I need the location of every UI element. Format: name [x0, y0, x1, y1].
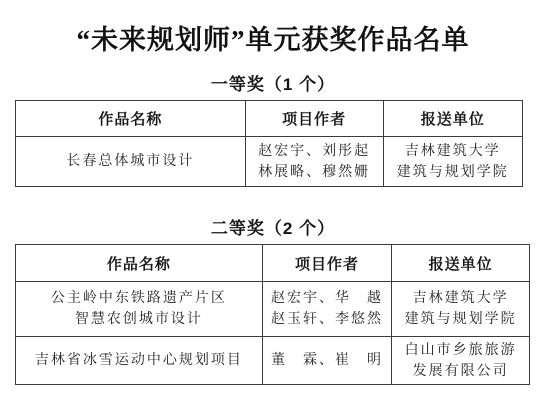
- authors-cell: 赵宏宇、华 越 赵玉轩、李悠然: [262, 282, 392, 337]
- table-row: 公主岭中东铁路遗产片区 智慧农创城市设计 赵宏宇、华 越 赵玉轩、李悠然 吉林建…: [16, 282, 530, 337]
- column-header-authors: 项目作者: [245, 101, 383, 137]
- work-name-cell: 公主岭中东铁路遗产片区 智慧农创城市设计: [16, 282, 263, 337]
- table-row: 长春总体城市设计 赵宏宇、刘彤起 林展略、穆然姗 吉林建筑大学 建筑与规划学院: [16, 137, 523, 187]
- table-row: 吉林省冰雪运动中心规划项目 董 霖、崔 明 白山市乡旅旅游 发展有限公司: [16, 337, 530, 385]
- authors-cell: 赵宏宇、刘彤起 林展略、穆然姗: [245, 137, 383, 187]
- column-header-work-name: 作品名称: [16, 101, 246, 137]
- award-table-first-prize: 作品名称 项目作者 报送单位 长春总体城市设计 赵宏宇、刘彤起 林展略、穆然姗 …: [15, 100, 523, 187]
- document-page: “未来规划师”单元获奖作品名单 一等奖（1 个） 作品名称 项目作者 报送单位 …: [0, 0, 546, 413]
- table-header-row: 作品名称 项目作者 报送单位: [16, 245, 530, 282]
- work-name-cell: 吉林省冰雪运动中心规划项目: [16, 337, 263, 385]
- section-label-first-prize: 一等奖（1 个）: [0, 75, 546, 95]
- page-title: “未来规划师”单元获奖作品名单: [0, 0, 546, 57]
- unit-cell: 白山市乡旅旅游 发展有限公司: [392, 337, 530, 385]
- table-header-row: 作品名称 项目作者 报送单位: [16, 101, 523, 137]
- column-header-authors: 项目作者: [262, 245, 392, 282]
- award-table-second-prize: 作品名称 项目作者 报送单位 公主岭中东铁路遗产片区 智慧农创城市设计 赵宏宇、…: [15, 244, 530, 385]
- unit-cell: 吉林建筑大学 建筑与规划学院: [383, 137, 522, 187]
- column-header-unit: 报送单位: [383, 101, 522, 137]
- column-header-unit: 报送单位: [392, 245, 530, 282]
- work-name-cell: 长春总体城市设计: [16, 137, 246, 187]
- unit-cell: 吉林建筑大学 建筑与规划学院: [392, 282, 530, 337]
- authors-cell: 董 霖、崔 明: [262, 337, 392, 385]
- section-label-second-prize: 二等奖（2 个）: [0, 219, 546, 239]
- column-header-work-name: 作品名称: [16, 245, 263, 282]
